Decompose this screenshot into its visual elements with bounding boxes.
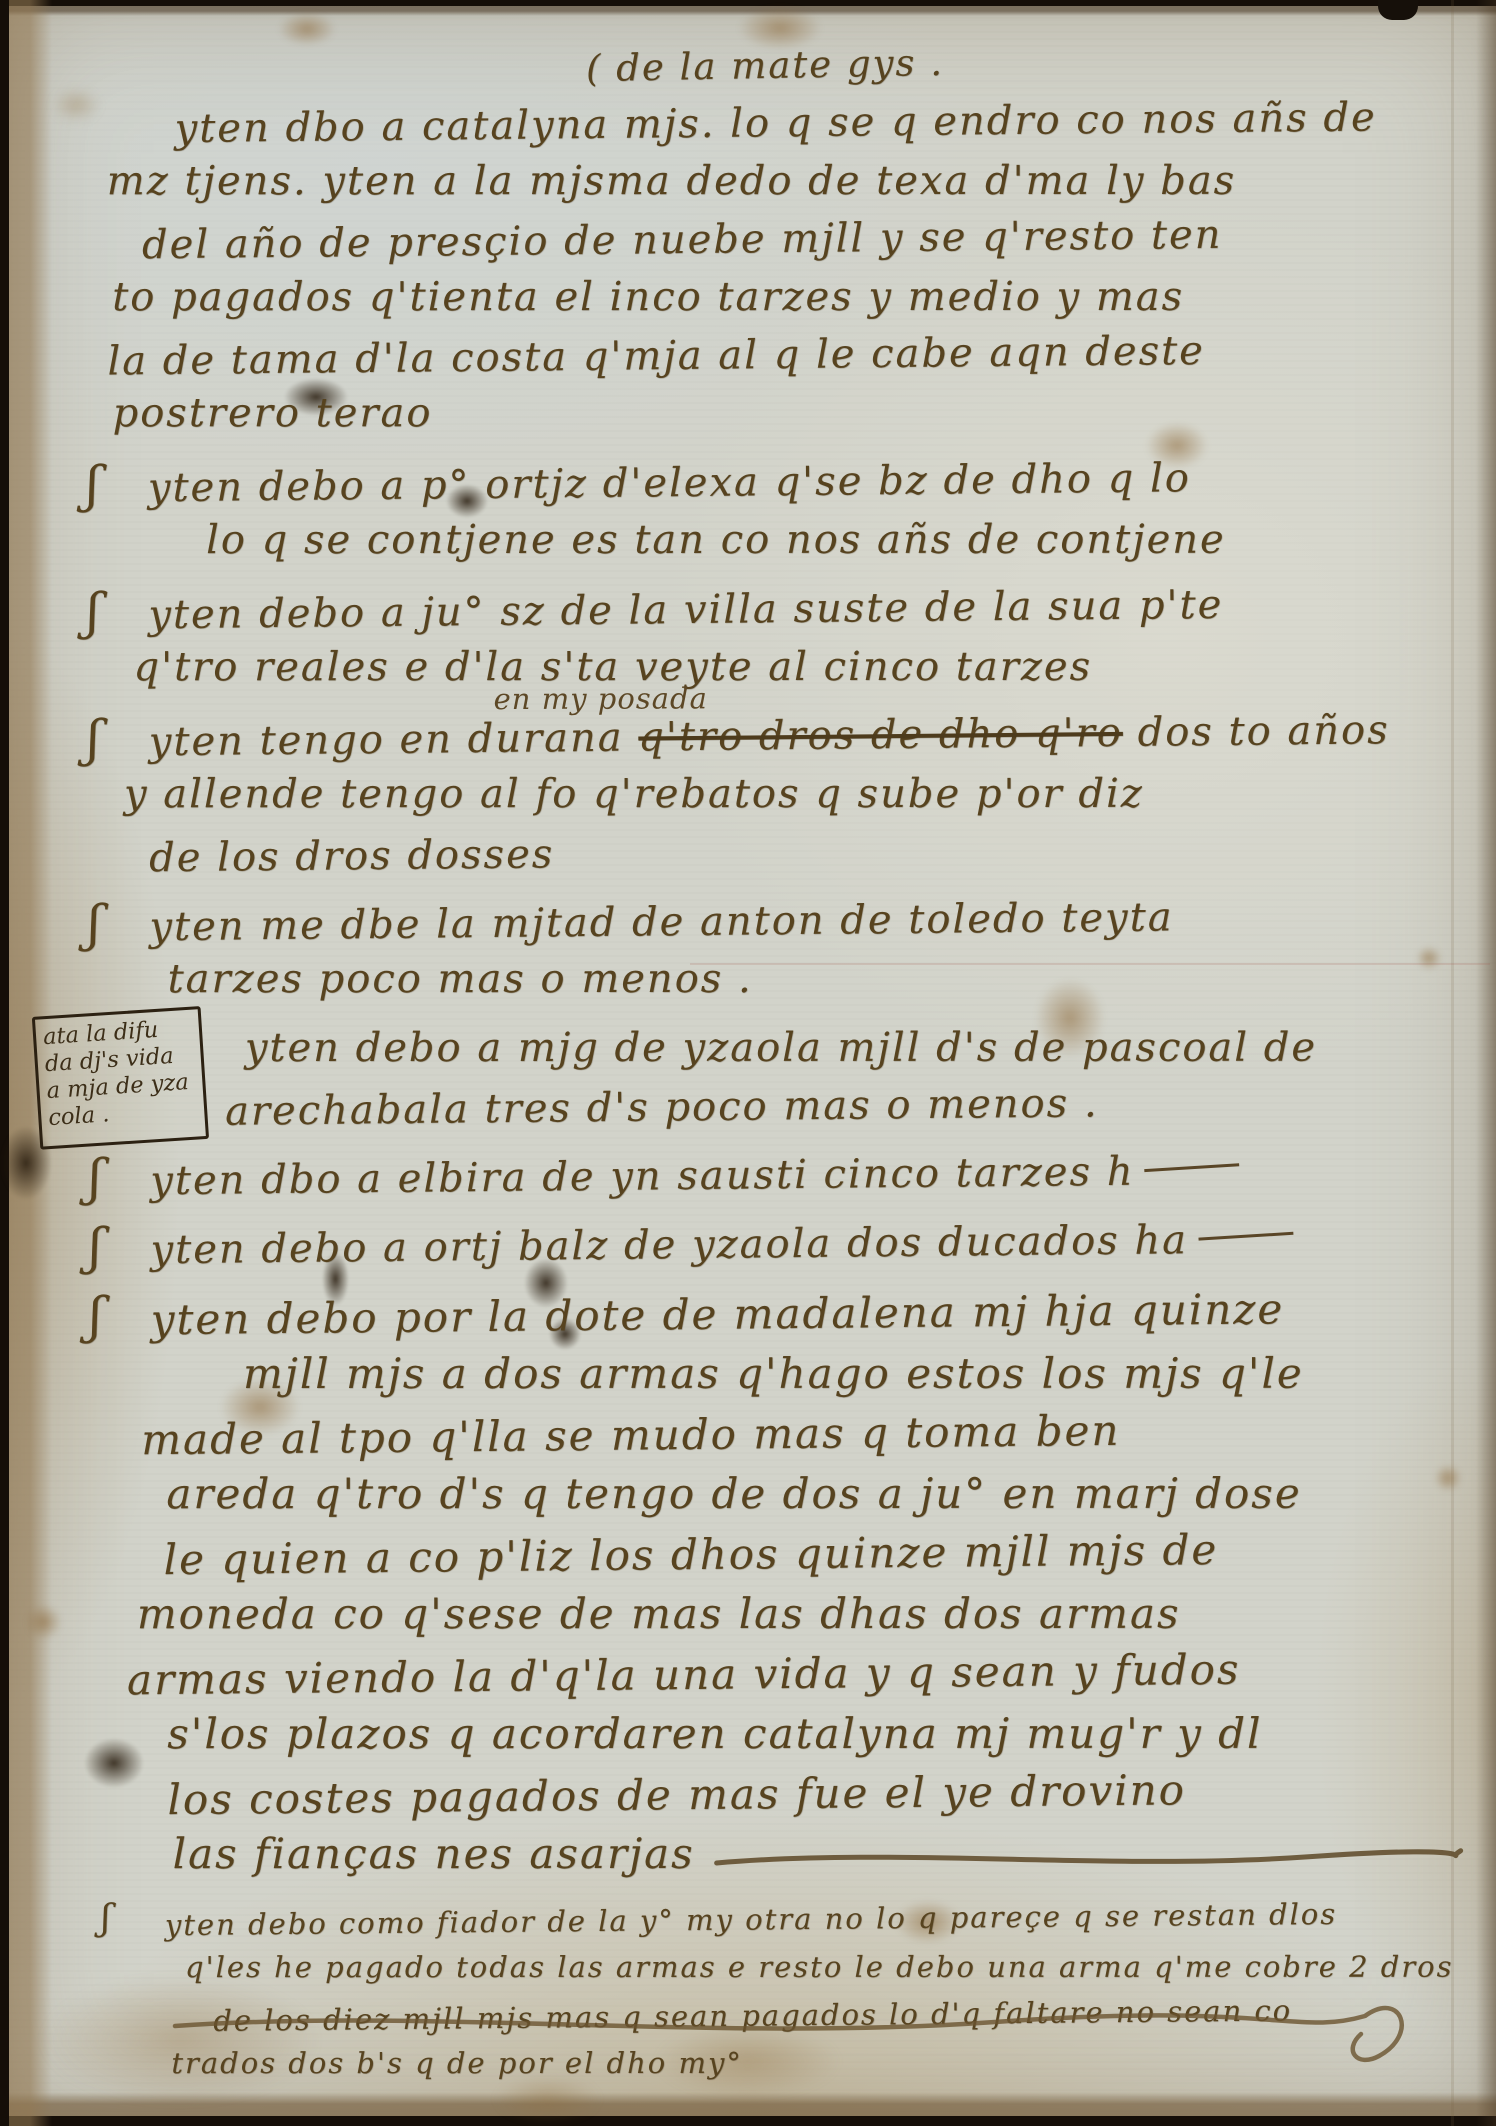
line-segment: yten dbo a elbira de yn sausti cinco tar… (150, 1149, 1135, 1204)
manuscript-paragraph: ʃ yten me dbe la mjtad de anton de toled… (149, 890, 1449, 1011)
manuscript-paragraph: ʃ yten debo por la dote de madalena mj h… (151, 1282, 1453, 1887)
manuscript-line: areda q'tro d's q tengo de dos a ju° en … (166, 1464, 1451, 1524)
paraph-mark: ʃ (89, 1286, 103, 1344)
manuscript-line: yten dbo a catalyna mjs. lo q se q endro… (174, 88, 1446, 158)
manuscript-line: yten debo a mjg de yzaola mjll d's de pa… (245, 1019, 1450, 1077)
page-edge-right (1476, 0, 1496, 2126)
manuscript-line: made al tpo q'lla se mudo mas q toma ben (141, 1398, 1452, 1471)
manuscript-paragraph: ʃ yten debo a ortj balz de yzaola dos du… (150, 1213, 1450, 1276)
manuscript-line: yten debo a ju° sz de la villa suste de … (148, 574, 1448, 644)
manuscript-line: yten me dbe la mjtad de anton de toledo … (149, 886, 1449, 956)
manuscript-line: le quien a co p'liz los dhos quinze mjll… (163, 1518, 1452, 1590)
page-heading: ( de la mate gys . (586, 41, 945, 90)
manuscript-line: arechabala tres d's poco mas o menos . (225, 1071, 1451, 1141)
text-block: yten dbo a catalyna mjs. lo q se q endro… (147, 92, 1454, 2101)
paraph-mark: ʃ (86, 582, 100, 640)
manuscript-line: yten tengo en durana q'tro dros de dho q… (148, 701, 1448, 771)
deckle-notch (1378, 0, 1418, 20)
manuscript-line: yten debo por la dote de madalena mj hja… (151, 1278, 1452, 1350)
manuscript-photo: ( de la mate gys . yten dbo a catalyna m… (0, 0, 1496, 2126)
paraph-mark: ʃ (86, 455, 100, 513)
pen-trail-stroke (1144, 1163, 1239, 1172)
manuscript-line: s'los plazos q acordaren catalyna mj mug… (167, 1704, 1452, 1764)
manuscript-line: postrero terao (113, 384, 1448, 442)
manuscript-line: mjll mjs a dos armas q'hago estos los mj… (243, 1344, 1451, 1404)
pen-trail-stroke (1198, 1232, 1293, 1241)
manuscript-line: yten debo a ortj balz de yzaola dos duca… (150, 1209, 1450, 1279)
line-segment: las fianças nes asarjas (173, 1829, 695, 1878)
manuscript-paragraph: ʃ yten dbo a elbira de yn sausti cinco t… (150, 1144, 1450, 1207)
manuscript-line: moneda co q'sese de mas las dhas dos arm… (137, 1584, 1452, 1644)
page-heading-text: ( de la mate gys . (586, 41, 945, 90)
manuscript-line: de los dros dosses (149, 817, 1449, 887)
manuscript-line: mz tjens. yten a la mjsma dedo de texa d… (107, 152, 1447, 210)
flourish-stroke (709, 1839, 1469, 1875)
manuscript-line: to pagados q'tienta el inco tarzes y med… (112, 268, 1447, 326)
struck-text: q'tro dros de dho q'ro (638, 710, 1123, 761)
line-segment: dos to años (1123, 707, 1390, 756)
paraph-mark: ʃ (87, 709, 101, 767)
manuscript-line: del año de presçio de nuebe mjll y se q'… (142, 204, 1447, 275)
paraph-mark: ʃ (87, 894, 101, 952)
manuscript-line: los costes pagados de mas fue el ye drov… (167, 1758, 1453, 1830)
manuscript-paragraph: ʃ yten debo a ju° sz de la villa suste d… (148, 578, 1448, 699)
manuscript-line: yten debo a p° ortjz d'elexa q'se bz de … (148, 447, 1448, 517)
paraph-mark: ʃ (88, 1217, 102, 1275)
manuscript-line: lo q se contjene es tan co nos añs de co… (206, 511, 1448, 569)
line-segment: yten debo a ortj balz de yzaola dos duca… (150, 1217, 1188, 1273)
manuscript-line: armas viendo la d'q'la una vida y q sean… (127, 1638, 1453, 1711)
manuscript-line: la de tama d'la costa q'mja al q le cabe… (107, 320, 1447, 391)
manuscript-line: y allende tengo al fo q'rebatos q sube p… (124, 765, 1449, 823)
manuscript-paragraph: ata la difu da dj's vida a mja de yza co… (150, 1017, 1450, 1138)
manuscript-paragraph: ʃ en my posada yten tengo en durana q'tr… (149, 705, 1450, 884)
paraph-mark: ʃ (101, 1897, 111, 1938)
line-segment: yten tengo en durana (149, 715, 639, 766)
manuscript-line: yten debo como fiador de la y° my otra n… (165, 1889, 1453, 1949)
page-edge-top (0, 0, 1496, 16)
manuscript-line: tarzes poco mas o menos . (168, 950, 1450, 1008)
manuscript-line: q'tro reales e d'la s'ta veyte al cinco … (133, 638, 1448, 696)
closing-flourish-stroke (35, 1980, 1455, 2070)
manuscript-line: las fianças nes asarjas (173, 1824, 1453, 1884)
margin-note-box: ata la difu da dj's vida a mja de yza co… (32, 1006, 209, 1150)
manuscript-line: yten dbo a elbira de yn sausti cinco tar… (150, 1140, 1450, 1210)
manuscript-paragraph: ʃ yten debo a p° ortjz d'elexa q'se bz d… (148, 451, 1448, 572)
manuscript-paragraph: yten dbo a catalyna mjs. lo q se q endro… (147, 92, 1448, 445)
paraph-mark: ʃ (88, 1148, 102, 1206)
